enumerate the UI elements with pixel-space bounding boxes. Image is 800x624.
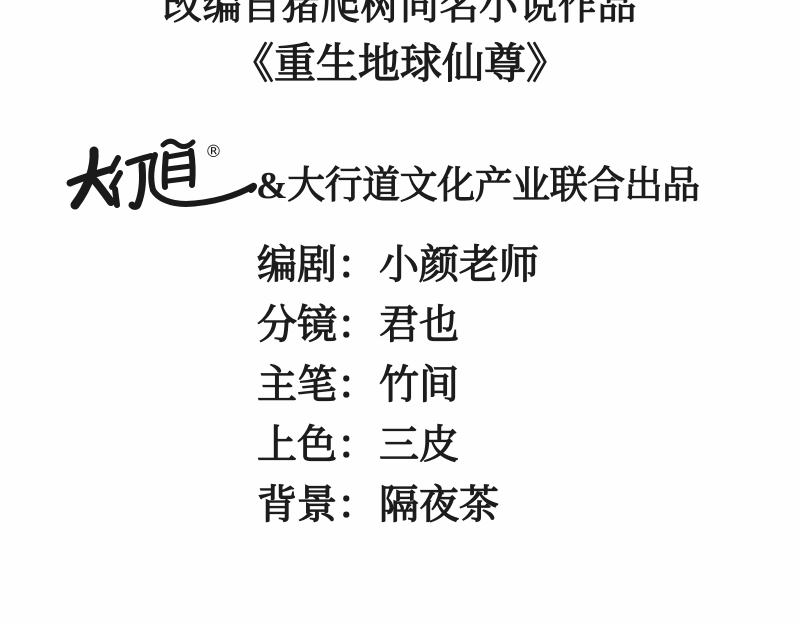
credit-role: 编剧：: [257, 242, 377, 287]
series-title: 《重生地球仙尊》: [0, 38, 800, 93]
adaptation-note: 改编自猪爬树同名小说作品: [0, 0, 800, 30]
credit-line-screenwriter: 编剧：小颜老师: [257, 235, 539, 295]
credit-name: 三皮: [379, 422, 459, 467]
credit-name: 隔夜茶: [379, 482, 499, 527]
daxingdao-calligraphy-icon: [54, 126, 264, 231]
credit-name: 小颜老师: [379, 242, 539, 287]
credit-role: 背景：: [257, 482, 377, 527]
credit-role: 上色：: [257, 422, 377, 467]
credit-line-background: 背景：隔夜茶: [257, 475, 539, 535]
credit-line-coloring: 上色：三皮: [257, 415, 539, 475]
credit-line-lead-artist: 主笔：竹间: [257, 355, 539, 415]
credit-line-storyboard: 分镜：君也: [257, 295, 539, 355]
comic-credits-page: 改编自猪爬树同名小说作品 《重生地球仙尊》 大行道 ® &大行: [0, 0, 800, 624]
credit-role: 主笔：: [257, 362, 377, 407]
credits-list: 编剧：小颜老师 分镜：君也 主笔：竹间 上色：三皮 背景：隔夜茶: [257, 235, 539, 535]
coproduction-text: &大行道文化产业联合出品: [256, 163, 700, 211]
registered-trademark-icon: ®: [205, 142, 222, 162]
credit-name: 君也: [379, 302, 459, 347]
credit-name: 竹间: [379, 362, 459, 407]
credit-role: 分镜：: [257, 302, 377, 347]
daxingdao-logo: 大行道 ®: [54, 126, 264, 231]
daxingdao-logo-text: 大行道: [54, 231, 55, 232]
